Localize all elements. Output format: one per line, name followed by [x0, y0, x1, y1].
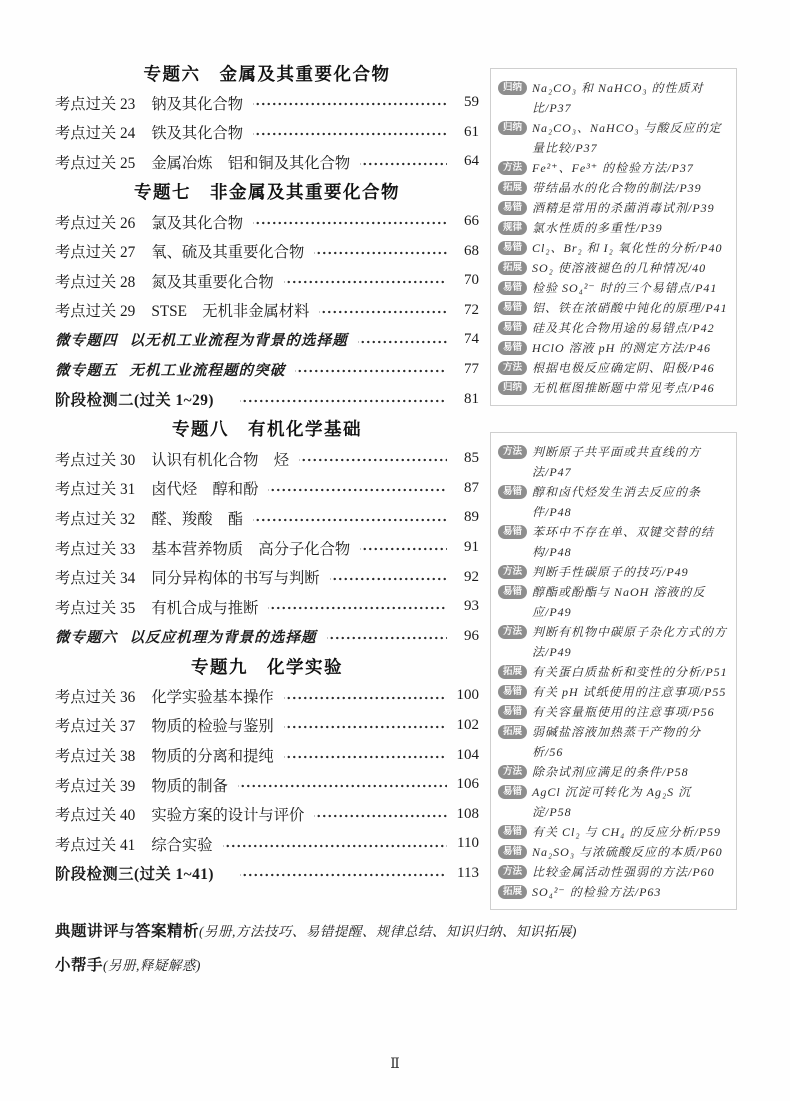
note-tag-badge: 易错 [498, 321, 527, 335]
toc-item[interactable]: 考点过关 24铁及其化合物61 [55, 118, 479, 148]
margin-note[interactable]: 易错检验 SO₄²⁻ 时的三个易错点/P41 [498, 278, 730, 298]
toc-main-column: 专题六 金属及其重要化合物考点过关 23钠及其化合物59考点过关 24铁及其化合… [55, 58, 479, 888]
toc-item-label: 考点过关 30 [55, 448, 135, 470]
toc-item[interactable]: 考点过关 28氮及其重要化合物70 [55, 266, 479, 296]
toc-item-page: 113 [453, 865, 479, 882]
note-text: 根据电极反应确定阴、阳极/P46 [532, 358, 730, 378]
dot-leader-icon [238, 770, 447, 800]
note-tag-badge: 易错 [498, 785, 527, 799]
note-tag-badge: 方法 [498, 865, 527, 879]
note-text: Cl₂、Br₂ 和 I₂ 氧化性的分析/P40 [532, 238, 730, 258]
dot-leader-icon [314, 236, 447, 266]
note-tag-badge: 拓展 [498, 665, 527, 679]
dot-leader-icon [223, 829, 447, 859]
toc-item-page: 66 [453, 213, 479, 230]
margin-note[interactable]: 易错硅及其化合物用途的易错点/P42 [498, 318, 730, 338]
margin-note[interactable]: 归纳无机框图推断题中常见考点/P46 [498, 378, 730, 398]
toc-item-page: 64 [453, 153, 479, 170]
toc-item-title: 认识有机化合物 烃 [151, 448, 289, 470]
toc-item-title: 氮及其重要化合物 [151, 270, 273, 292]
answers-note-title: 典题讲评与答案精析 [55, 923, 199, 940]
toc-item-page: 59 [453, 94, 479, 111]
note-tag-badge: 易错 [498, 825, 527, 839]
toc-item-title: STSE 无机非金属材料 [151, 299, 309, 321]
answers-note: 典题讲评与答案精析(另册,方法技巧、易错提醒、规律总结、知识归纳、知识拓展) [55, 920, 695, 944]
toc-item-label: 考点过关 40 [55, 803, 135, 825]
toc-item-page: 106 [453, 776, 479, 793]
margin-note[interactable]: 拓展SO₂ 使溶液褪色的几种情况/40 [498, 258, 730, 278]
toc-item-page: 110 [453, 835, 479, 852]
toc-item-label: 考点过关 35 [55, 596, 135, 618]
toc-item[interactable]: 考点过关 40实验方案的设计与评价108 [55, 799, 479, 829]
toc-item-title: 物质的制备 [151, 774, 228, 796]
margin-note[interactable]: 易错酒精是常用的杀菌消毒试剂/P39 [498, 198, 730, 218]
margin-note[interactable]: 易错AgCl 沉淀可转化为 Ag₂S 沉淀/P58 [498, 782, 730, 822]
toc-item-label: 微专题六 [55, 626, 117, 647]
answers-note-detail: (另册,方法技巧、易错提醒、规律总结、知识归纳、知识拓展) [199, 924, 577, 939]
toc-item-page: 70 [453, 272, 479, 289]
toc-item[interactable]: 阶段检测三(过关 1~41)113 [55, 859, 479, 889]
toc-item-label: 考点过关 37 [55, 714, 135, 736]
toc-item-title: 钠及其化合物 [151, 92, 243, 114]
toc-item-label: 考点过关 41 [55, 833, 135, 855]
toc-item-title: 卤代烃 醇和酚 [151, 477, 258, 499]
helper-note-detail: (另册,释疑解惑) [103, 958, 201, 973]
toc-item[interactable]: 考点过关 34同分异构体的书写与判断92 [55, 562, 479, 592]
toc-item[interactable]: 考点过关 32醛、羧酸 酯89 [55, 503, 479, 533]
toc-item-title: 醛、羧酸 酯 [151, 507, 243, 529]
toc-item-page: 96 [453, 628, 479, 645]
note-text: Na₂SO₃ 与浓硫酸反应的本质/P60 [532, 842, 730, 862]
note-text: 酒精是常用的杀菌消毒试剂/P39 [532, 198, 730, 218]
note-text: Na₂CO₃、NaHCO₃ 与酸反应的定量比较/P37 [532, 118, 730, 158]
note-text: 硅及其化合物用途的易错点/P42 [532, 318, 730, 338]
dot-leader-icon [284, 711, 447, 741]
note-tag-badge: 规律 [498, 221, 527, 235]
note-tag-badge: 方法 [498, 161, 527, 175]
note-tag-badge: 易错 [498, 281, 527, 295]
toc-item-page: 87 [453, 480, 479, 497]
dot-leader-icon [327, 622, 447, 652]
toc-item-title: 综合实验 [151, 833, 212, 855]
note-text: 氯水性质的多重性/P39 [532, 218, 730, 238]
toc-item-label: 考点过关 34 [55, 566, 135, 588]
margin-note[interactable]: 方法Fe²⁺、Fe³⁺ 的检验方法/P37 [498, 158, 730, 178]
note-tag-badge: 易错 [498, 705, 527, 719]
dot-leader-icon [240, 859, 447, 889]
note-text: 有关蛋白质盐析和变性的分析/P51 [532, 662, 730, 682]
note-tag-badge: 拓展 [498, 885, 527, 899]
toc-item[interactable]: 考点过关 36化学实验基本操作100 [55, 681, 479, 711]
toc-item-label: 考点过关 25 [55, 151, 135, 173]
toc-item-label: 考点过关 27 [55, 240, 135, 262]
toc-item-title: 以无机工业流程为背景的选择题 [129, 329, 347, 350]
note-tag-badge: 易错 [498, 485, 527, 499]
margin-note[interactable]: 方法判断手性碳原子的技巧/P49 [498, 562, 730, 582]
margin-note[interactable]: 拓展有关蛋白质盐析和变性的分析/P51 [498, 662, 730, 682]
margin-note[interactable]: 易错醇酯或酚酯与 NaOH 溶液的反应/P49 [498, 582, 730, 622]
margin-note[interactable]: 方法除杂试剂应满足的条件/P58 [498, 762, 730, 782]
toc-item-page: 91 [453, 539, 479, 556]
toc-item-page: 100 [453, 687, 479, 704]
bottom-notes: 典题讲评与答案精析(另册,方法技巧、易错提醒、规律总结、知识归纳、知识拓展) 小… [55, 920, 695, 988]
note-text: 有关 pH 试纸使用的注意事项/P55 [532, 682, 730, 702]
toc-item-label: 考点过关 28 [55, 270, 135, 292]
toc-item[interactable]: 考点过关 41综合实验110 [55, 829, 479, 859]
note-text: 弱碱盐溶液加热蒸干产物的分析/56 [532, 722, 730, 762]
section-title: 专题九 化学实验 [55, 651, 479, 681]
note-text: 判断有机物中碳原子杂化方式的方法/P49 [532, 622, 730, 662]
toc-item-page: 108 [453, 806, 479, 823]
helper-note: 小帮手(另册,释疑解惑) [55, 954, 695, 978]
toc-item[interactable]: 考点过关 33基本营养物质 高分子化合物91 [55, 533, 479, 563]
margin-note[interactable]: 易错醇和卤代烃发生消去反应的条件/P48 [498, 482, 730, 522]
toc-item-page: 77 [453, 361, 479, 378]
toc-item-page: 102 [453, 717, 479, 734]
toc-item-label: 考点过关 26 [55, 211, 135, 233]
toc-item-label: 考点过关 39 [55, 774, 135, 796]
toc-item-label: 考点过关 38 [55, 744, 135, 766]
toc-page: 专题六 金属及其重要化合物考点过关 23钠及其化合物59考点过关 24铁及其化合… [0, 0, 790, 1101]
dot-leader-icon [253, 503, 447, 533]
dot-leader-icon [295, 355, 447, 385]
toc-item[interactable]: 考点过关 38物质的分离和提纯104 [55, 740, 479, 770]
toc-item[interactable]: 考点过关 35有机合成与推断93 [55, 592, 479, 622]
toc-item-page: 74 [453, 331, 479, 348]
margin-notes-box-2: 方法判断原子共平面或共直线的方法/P47易错醇和卤代烃发生消去反应的条件/P48… [490, 432, 737, 910]
note-text: 判断原子共平面或共直线的方法/P47 [532, 442, 730, 482]
toc-item-label: 考点过关 31 [55, 477, 135, 499]
toc-item[interactable]: 微专题四以无机工业流程为背景的选择题74 [55, 325, 479, 355]
dot-leader-icon [268, 592, 447, 622]
margin-note[interactable]: 易错有关 pH 试纸使用的注意事项/P55 [498, 682, 730, 702]
note-tag-badge: 易错 [498, 685, 527, 699]
helper-note-title: 小帮手 [55, 957, 103, 974]
note-text: 有关容量瓶使用的注意事项/P56 [532, 702, 730, 722]
note-tag-badge: 易错 [498, 525, 527, 539]
margin-note[interactable]: 规律氯水性质的多重性/P39 [498, 218, 730, 238]
dot-leader-icon [284, 681, 447, 711]
margin-note[interactable]: 归纳Na₂CO₃ 和 NaHCO₃ 的性质对比/P37 [498, 78, 730, 118]
toc-item[interactable]: 考点过关 39物质的制备106 [55, 770, 479, 800]
toc-item-page: 92 [453, 569, 479, 586]
margin-note[interactable]: 易错苯环中不存在单、双键交替的结构/P48 [498, 522, 730, 562]
note-text: 判断手性碳原子的技巧/P49 [532, 562, 730, 582]
note-tag-badge: 归纳 [498, 121, 527, 135]
note-tag-badge: 易错 [498, 301, 527, 315]
note-text: SO₄²⁻ 的检验方法/P63 [532, 882, 730, 902]
margin-note[interactable]: 拓展带结晶水的化合物的制法/P39 [498, 178, 730, 198]
toc-item-title: 基本营养物质 高分子化合物 [151, 537, 350, 559]
toc-item-page: 72 [453, 302, 479, 319]
margin-note[interactable]: 方法比较金属活动性强弱的方法/P60 [498, 862, 730, 882]
dot-leader-icon [284, 740, 447, 770]
toc-item-title: 物质的检验与鉴别 [151, 714, 273, 736]
margin-note[interactable]: 易错Na₂SO₃ 与浓硫酸反应的本质/P60 [498, 842, 730, 862]
dot-leader-icon [360, 147, 447, 177]
toc-item[interactable]: 考点过关 26氯及其化合物66 [55, 207, 479, 237]
dot-leader-icon [253, 118, 447, 148]
note-tag-badge: 易错 [498, 201, 527, 215]
note-text: HClO 溶液 pH 的测定方法/P46 [532, 338, 730, 358]
toc-item[interactable]: 考点过关 37物质的检验与鉴别102 [55, 711, 479, 741]
margin-notes-box-1: 归纳Na₂CO₃ 和 NaHCO₃ 的性质对比/P37归纳Na₂CO₃、NaHC… [490, 68, 737, 406]
toc-item[interactable]: 考点过关 30认识有机化合物 烃85 [55, 444, 479, 474]
note-text: SO₂ 使溶液褪色的几种情况/40 [532, 258, 730, 278]
toc-item-label: 考点过关 24 [55, 121, 135, 143]
note-tag-badge: 易错 [498, 845, 527, 859]
toc-item-title: 同分异构体的书写与判断 [151, 566, 319, 588]
note-text: 除杂试剂应满足的条件/P58 [532, 762, 730, 782]
section-title: 专题七 非金属及其重要化合物 [55, 177, 479, 207]
note-tag-badge: 易错 [498, 341, 527, 355]
toc-item-title: 氯及其化合物 [151, 211, 243, 233]
note-tag-badge: 归纳 [498, 81, 527, 95]
toc-item-title: 无机工业流程题的突破 [129, 359, 285, 380]
toc-item[interactable]: 考点过关 25金属冶炼 铝和铜及其化合物64 [55, 147, 479, 177]
note-tag-badge: 方法 [498, 625, 527, 639]
note-text: 苯环中不存在单、双键交替的结构/P48 [532, 522, 730, 562]
toc-item-page: 89 [453, 509, 479, 526]
dot-leader-icon [253, 207, 447, 237]
note-text: 醇酯或酚酯与 NaOH 溶液的反应/P49 [532, 582, 730, 622]
note-text: 比较金属活动性强弱的方法/P60 [532, 862, 730, 882]
margin-note[interactable]: 归纳Na₂CO₃、NaHCO₃ 与酸反应的定量比较/P37 [498, 118, 730, 158]
toc-item[interactable]: 考点过关 23钠及其化合物59 [55, 88, 479, 118]
toc-item-label: 考点过关 23 [55, 92, 135, 114]
toc-item-title: 以反应机理为背景的选择题 [129, 626, 316, 647]
section-title: 专题六 金属及其重要化合物 [55, 58, 479, 88]
toc-item[interactable]: 考点过关 27氧、硫及其重要化合物68 [55, 236, 479, 266]
toc-item[interactable]: 考点过关 29STSE 无机非金属材料72 [55, 296, 479, 326]
note-text: 检验 SO₄²⁻ 时的三个易错点/P41 [532, 278, 730, 298]
note-tag-badge: 易错 [498, 585, 527, 599]
dot-leader-icon [299, 444, 447, 474]
toc-item-title: 实验方案的设计与评价 [151, 803, 304, 825]
toc-item-title: 铁及其化合物 [151, 121, 243, 143]
toc-item-title: 化学实验基本操作 [151, 685, 273, 707]
margin-note[interactable]: 拓展SO₄²⁻ 的检验方法/P63 [498, 882, 730, 902]
toc-item-page: 68 [453, 243, 479, 260]
note-text: Fe²⁺、Fe³⁺ 的检验方法/P37 [532, 158, 730, 178]
note-tag-badge: 方法 [498, 361, 527, 375]
toc-item-label: 微专题四 [55, 329, 117, 350]
toc-item-label: 考点过关 32 [55, 507, 135, 529]
note-text: Na₂CO₃ 和 NaHCO₃ 的性质对比/P37 [532, 78, 730, 118]
dot-leader-icon [253, 88, 447, 118]
note-text: 铝、铁在浓硝酸中钝化的原理/P41 [532, 298, 730, 318]
note-text: 有关 Cl₂ 与 CH₄ 的反应分析/P59 [532, 822, 730, 842]
toc-item-title: 金属冶炼 铝和铜及其化合物 [151, 151, 350, 173]
toc-item[interactable]: 微专题五无机工业流程题的突破77 [55, 355, 479, 385]
toc-item-page: 85 [453, 450, 479, 467]
dot-leader-icon [319, 296, 447, 326]
margin-note[interactable]: 易错有关 Cl₂ 与 CH₄ 的反应分析/P59 [498, 822, 730, 842]
section-title: 专题八 有机化学基础 [55, 414, 479, 444]
toc-item-label: 阶段检测三(过关 1~41) [55, 862, 214, 884]
toc-item-page: 61 [453, 124, 479, 141]
margin-note[interactable]: 易错HClO 溶液 pH 的测定方法/P46 [498, 338, 730, 358]
margin-note[interactable]: 易错铝、铁在浓硝酸中钝化的原理/P41 [498, 298, 730, 318]
toc-item[interactable]: 考点过关 31卤代烃 醇和酚87 [55, 474, 479, 504]
toc-item-label: 考点过关 29 [55, 299, 135, 321]
toc-item-title: 氧、硫及其重要化合物 [151, 240, 304, 262]
dot-leader-icon [240, 384, 447, 414]
margin-note[interactable]: 拓展弱碱盐溶液加热蒸干产物的分析/56 [498, 722, 730, 762]
margin-note[interactable]: 易错Cl₂、Br₂ 和 I₂ 氧化性的分析/P40 [498, 238, 730, 258]
note-tag-badge: 归纳 [498, 381, 527, 395]
toc-item-page: 93 [453, 598, 479, 615]
toc-item-page: 104 [453, 747, 479, 764]
margin-note[interactable]: 易错有关容量瓶使用的注意事项/P56 [498, 702, 730, 722]
toc-item-title: 有机合成与推断 [151, 596, 258, 618]
toc-item-label: 阶段检测二(过关 1~29) [55, 388, 214, 410]
page-number: Ⅱ [0, 1056, 790, 1073]
note-tag-badge: 拓展 [498, 181, 527, 195]
note-tag-badge: 方法 [498, 445, 527, 459]
toc-item-page: 81 [453, 391, 479, 408]
note-text: AgCl 沉淀可转化为 Ag₂S 沉淀/P58 [532, 782, 730, 822]
toc-item-label: 考点过关 36 [55, 685, 135, 707]
dot-leader-icon [284, 266, 447, 296]
dot-leader-icon [358, 325, 447, 355]
dot-leader-icon [268, 474, 447, 504]
note-text: 带结晶水的化合物的制法/P39 [532, 178, 730, 198]
note-tag-badge: 易错 [498, 241, 527, 255]
toc-item[interactable]: 阶段检测二(过关 1~29)81 [55, 384, 479, 414]
note-text: 无机框图推断题中常见考点/P46 [532, 378, 730, 398]
toc-item[interactable]: 微专题六以反应机理为背景的选择题96 [55, 622, 479, 652]
note-tag-badge: 方法 [498, 565, 527, 579]
margin-note[interactable]: 方法根据电极反应确定阴、阳极/P46 [498, 358, 730, 378]
dot-leader-icon [330, 562, 447, 592]
dot-leader-icon [314, 799, 447, 829]
note-tag-badge: 拓展 [498, 725, 527, 739]
note-text: 醇和卤代烃发生消去反应的条件/P48 [532, 482, 730, 522]
dot-leader-icon [360, 533, 447, 563]
note-tag-badge: 方法 [498, 765, 527, 779]
toc-item-label: 微专题五 [55, 359, 117, 380]
note-tag-badge: 拓展 [498, 261, 527, 275]
margin-note[interactable]: 方法判断原子共平面或共直线的方法/P47 [498, 442, 730, 482]
margin-note[interactable]: 方法判断有机物中碳原子杂化方式的方法/P49 [498, 622, 730, 662]
toc-item-label: 考点过关 33 [55, 537, 135, 559]
toc-item-title: 物质的分离和提纯 [151, 744, 273, 766]
